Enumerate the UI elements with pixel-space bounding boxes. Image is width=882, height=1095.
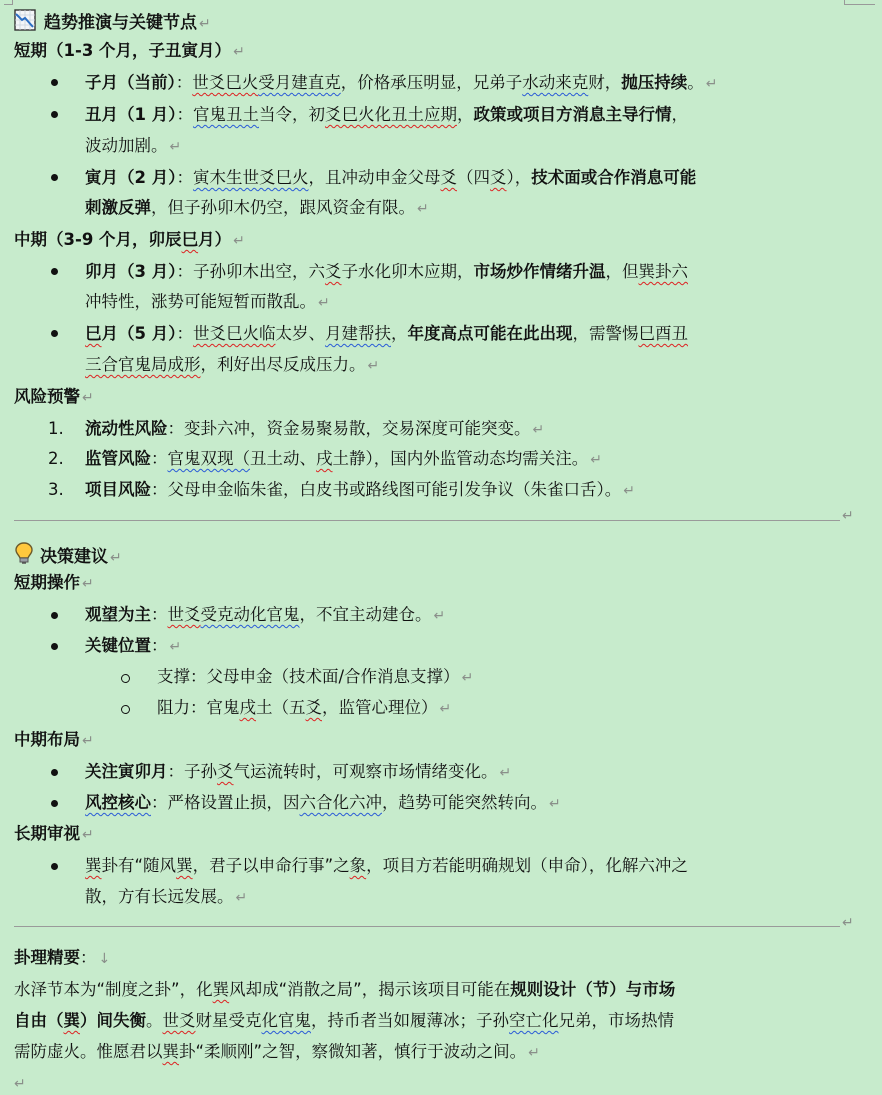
list-number: 3. <box>48 478 64 502</box>
list-item-continuation: 冲特性，涨势可能短暂而散乱。↵ <box>85 290 330 315</box>
light-bulb-icon <box>14 541 34 572</box>
list-item: 项目风险：父母申金临朱雀，白皮书或路线图可能引发争议（朱雀口舌）。↵ <box>85 478 635 503</box>
list-item: 巽卦有“随风巽，君子以申命行事”之象，项目方若能明确规划（申命），化解六冲之 <box>85 854 688 878</box>
list-item: 丑月（1 月）：官鬼丑土当令，初爻巳火化丑土应期，政策或项目方消息主导行情， <box>85 103 688 127</box>
heading-short-ops: 短期操作↵ <box>14 571 94 596</box>
bullet-icon <box>51 268 58 275</box>
sub-list-item: 支撑：父母申金（技术面/合作消息支撑）↵ <box>157 665 473 690</box>
summary-paragraph-line: 需防虚火。惟愿君以巽卦“柔顺刚”之智，察微知著，慎行于波动之间。↵ <box>14 1040 540 1065</box>
list-item: 巳月（5 月）：世爻巳火临太岁、月建帮扶，年度高点可能在此出现，需警惕巳酉丑 <box>85 322 688 346</box>
bullet-icon <box>51 79 58 86</box>
sub-list-item: 阻力：官鬼戌土（五爻，监管心理位）↵ <box>157 696 451 721</box>
list-item: 寅月（2 月）：寅木生世爻巳火，且冲动申金父母爻（四爻），技术面或合作消息可能 <box>85 166 696 190</box>
heading-risk-warning: 风险预警↵ <box>14 385 94 410</box>
bullet-icon <box>51 174 58 181</box>
chart-decreasing-icon <box>14 9 36 38</box>
bullet-icon <box>51 769 58 776</box>
list-item: 卯月（3 月）：子孙卯木出空，六爻子水化卯木应期，市场炒作情绪升温，但巽卦六 <box>85 260 688 284</box>
list-number: 1. <box>48 417 64 441</box>
heading-mid-layout: 中期布局↵ <box>14 728 94 753</box>
page-corner-mark <box>844 0 875 5</box>
list-item-continuation: 散，方有长远发展。↵ <box>85 885 247 910</box>
list-item-continuation: 波动加剧。↵ <box>85 134 181 159</box>
bullet-icon <box>51 111 58 118</box>
list-item: 关键位置：↵ <box>85 634 181 659</box>
page-corner-mark <box>4 0 13 5</box>
list-item: 风控核心：严格设置止损，因六合化六冲，趋势可能突然转向。↵ <box>85 791 561 816</box>
horizontal-divider <box>14 520 840 521</box>
horizontal-divider <box>14 926 840 927</box>
section-title-decision: 决策建议↵ <box>14 541 122 572</box>
list-item: 监管风险：官鬼双现（丑土动、戌土静），国内外监管动态均需关注。↵ <box>85 447 602 472</box>
list-item: 子月（当前）：世爻巳火受月建直克，价格承压明显，兄弟子水动来克财，抛压持续。↵ <box>85 71 717 96</box>
summary-paragraph-line: 水泽节本为“制度之卦”，化巽风却成“消散之局”，揭示该项目可能在规则设计（节）与… <box>14 978 675 1002</box>
list-item: 流动性风险：变卦六冲，资金易聚易散，交易深度可能突变。↵ <box>85 417 544 442</box>
bullet-icon <box>51 863 58 870</box>
bullet-icon <box>51 612 58 619</box>
empty-paragraph: ↵ <box>14 1071 26 1095</box>
bullet-icon <box>51 330 58 337</box>
list-item-continuation: 刺激反弹，但子孙卯木仍空，跟风资金有限。↵ <box>85 196 429 221</box>
list-item: 关注寅卯月：子孙爻气运流转时，可观察市场情绪变化。↵ <box>85 760 511 785</box>
heading-short-term: 短期（1-3 个月，子丑寅月）↵ <box>14 39 245 64</box>
section-title-trends: 趋势推演与关键节点↵ <box>14 9 211 38</box>
paragraph-mark: ↵ <box>842 508 854 524</box>
paragraph-mark: ↵ <box>842 915 854 931</box>
list-item: 观望为主：世爻受克动化官鬼，不宜主动建仓。↵ <box>85 603 445 628</box>
sub-bullet-icon <box>121 705 130 714</box>
bullet-icon <box>51 800 58 807</box>
summary-paragraph-line: 自由（巽）间失衡。世爻财星受克化官鬼，持币者当如履薄冰；子孙空亡化兄弟，市场热情 <box>14 1009 674 1033</box>
document-page: 趋势推演与关键节点↵ 短期（1-3 个月，子丑寅月）↵ 子月（当前）：世爻巳火受… <box>0 0 882 1095</box>
list-number: 2. <box>48 447 64 471</box>
heading-long-view: 长期审视↵ <box>14 822 94 847</box>
list-item-continuation: 三合官鬼局成形，利好出尽反成压力。↵ <box>85 353 379 378</box>
bullet-icon <box>51 643 58 650</box>
summary-heading: 卦理精要：↓ <box>14 946 110 971</box>
sub-bullet-icon <box>121 674 130 683</box>
heading-mid-term: 中期（3-9 个月，卯辰巳月）↵ <box>14 228 245 253</box>
